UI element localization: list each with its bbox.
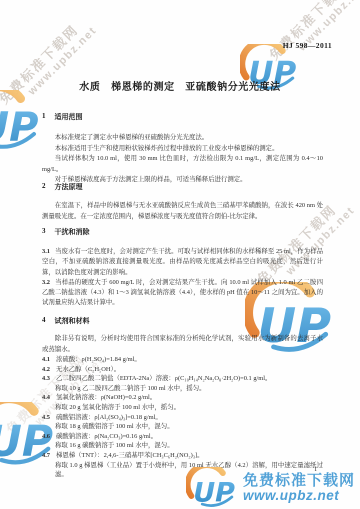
up-logo-icon: UP [186,467,240,508]
banner-site-name: 免费标准下载网 [243,473,355,489]
section-body-scope: 本标准规定了测定水中梯恩梯的亚硫酸钠分光光度法。 本标准适用于生产和使用粉状铵梯… [42,133,323,186]
section-title: 方法原理 [55,182,83,192]
watermark-text-top-right: 免费标准下载网 www.upbz.net [264,0,360,72]
reagent-text: 碳酸钠溶液：ρ(Na₂CO₃)=0.16 g/ml。 [56,433,157,440]
page-title: 水质 梯恩梯的测定 亚硫酸钠分光光度法 [0,78,360,93]
paragraph: 除非另有说明，分析时均使用符合国家标准的分析纯化学试剂，实验用水为新制备的去离子… [42,334,323,355]
section-title: 干扰和消除 [55,227,90,237]
clause-number: 3.1 [42,248,50,255]
section-heading-principle: 2 方法原理 [42,182,83,192]
reagent-item: 4.1浓硫酸：ρ(H₂SO₄)=1.84 g/ml。 [42,355,323,365]
paragraph: 当试样体积为 10.0 ml，使用 30 mm 比色皿时，方法检出限为 0.1 … [42,154,323,175]
reagent-item: 4.4氢氧化钠溶液：ρ(NaOH)=0.2 g/ml。 [42,393,323,403]
reagent-item: 4.3乙二胺四乙酸二钠盐（EDTA-2Na）溶液：ρ(C₁₀H₁₄N₂Na₂O₈… [42,374,323,384]
reagent-note: 称取 16 g 碳酸钠溶于 100 ml 水中，混匀。 [42,441,323,451]
paragraph: 对于梯恩梯浓度高于方法测定上限的样品，可适当稀释后进行测定。 [42,175,323,186]
reagent-number: 4.4 [42,394,50,401]
watermark-text-top-left: 免费标准下载网 www.upbz.net [0,11,99,116]
watermark-site-name: 免费标准下载网 [264,0,360,64]
reagent-list: 4.1浓硫酸：ρ(H₂SO₄)=1.84 g/ml。 4.2无水乙醇（C₂H₅O… [42,355,323,480]
clause-text: 当样品的硬度大于 600 mg/L 时，会对测定结果产生干扰。向 10.0 ml… [42,279,323,307]
standard-document-page: 免费标准下载网 www.upbz.net 免费标准下载网 www.upbz.ne… [0,0,360,509]
clause: 3.2当样品的硬度大于 600 mg/L 时，会对测定结果产生干扰。向 10.0… [42,278,323,309]
section-title: 试剂和材料 [55,316,90,326]
section-heading-reagents: 4 试剂和材料 [42,316,90,326]
up-logo-letters: UP [0,105,38,150]
clause: 3.1当废水有一定色度时，会对测定产生干扰。可取与试样相同体积的水样稀释至 25… [42,247,323,278]
paragraph: 本标准规定了测定水中梯恩梯的亚硫酸钠分光光度法。 [42,133,323,144]
section-number: 4 [42,316,46,326]
section-heading-interference: 3 干扰和消除 [42,227,90,237]
reagent-text: 乙二胺四乙酸二钠盐（EDTA-2Na）溶液：ρ(C₁₀H₁₄N₂Na₂O₈·2H… [56,375,271,382]
reagent-item: 4.2无水乙醇（C₂H₅OH）。 [42,365,323,375]
reagent-text: 梯恩梯（TNT）：2,4,6-三硝基甲苯[CH₃C₆H₂(NO₂)₃]。 [56,452,203,459]
section-body-principle: 在室温下，样品中的梯恩梯与无水亚硫酸钠反应生成黄色三硝基甲苯磺酸钠，在波长 42… [42,201,323,222]
clause-text: 当废水有一定色度时，会对测定产生干扰。可取与试样相同体积的水样稀释至 25 ml… [42,248,323,276]
reagent-note: 称取 20 g 氢氧化钠溶于 100 ml 水中，摇匀。 [42,403,323,413]
up-logo-letters: UP [193,477,235,508]
watermark-site-name: 免费标准下载网 [0,11,91,108]
section-title: 适用范围 [55,112,83,122]
site-banner-watermark: UP 免费标准下载网 www.upbz.net [186,467,355,508]
reagent-number: 4.7 [42,452,50,459]
reagent-text: 无水乙醇（C₂H₅OH）。 [56,366,120,373]
reagent-text: 硫酸铝溶液：ρ[Al₂(SO₄)₃]=0.18 g/ml。 [56,414,162,421]
reagent-text: 氢氧化钠溶液：ρ(NaOH)=0.2 g/ml。 [56,394,156,401]
section-body-interference: 3.1当废水有一定色度时，会对测定产生干扰。可取与试样相同体积的水样稀释至 25… [42,247,323,309]
reagent-item: 4.7梯恩梯（TNT）：2,4,6-三硝基甲苯[CH₃C₆H₂(NO₂)₃]。 [42,451,323,461]
reagent-text: 浓硫酸：ρ(H₂SO₄)=1.84 g/ml。 [56,356,141,363]
section-number: 1 [42,112,46,122]
clause-number: 3.2 [42,279,50,286]
up-logo-icon: UP [0,90,46,150]
reagent-item: 4.5硫酸铝溶液：ρ[Al₂(SO₄)₃]=0.18 g/ml。 [42,413,323,423]
reagent-number: 4.3 [42,375,50,382]
banner-site-url: www.upbz.net [243,489,355,503]
banner-text: 免费标准下载网 www.upbz.net [243,473,355,503]
paragraph: 在室温下，样品中的梯恩梯与无水亚硫酸钠反应生成黄色三硝基甲苯磺酸钠，在波长 42… [42,201,323,222]
section-heading-scope: 1 适用范围 [42,112,83,122]
reagent-item: 4.6碳酸钠溶液：ρ(Na₂CO₃)=0.16 g/ml。 [42,432,323,442]
standard-number: HJ 598—2011 [283,41,332,50]
reagent-number: 4.2 [42,366,50,373]
section-number: 2 [42,182,46,192]
reagent-note: 称取 18 g 硫酸铝溶于 100 ml 水中，混匀。 [42,422,323,432]
section-number: 3 [42,227,46,237]
reagent-number: 4.6 [42,433,50,440]
paragraph: 本标准适用于生产和使用粉状铵梯炸药过程中排放的工业废水中梯恩梯的测定。 [42,144,323,155]
reagent-note: 称取 10 g 乙二胺四乙酸二钠溶于 100 ml 水中，摇匀。 [42,384,323,394]
reagent-number: 4.1 [42,356,50,363]
section-intro-reagents: 除非另有说明，分析时均使用符合国家标准的分析纯化学试剂，实验用水为新制备的去离子… [42,334,323,355]
reagent-number: 4.5 [42,414,50,421]
